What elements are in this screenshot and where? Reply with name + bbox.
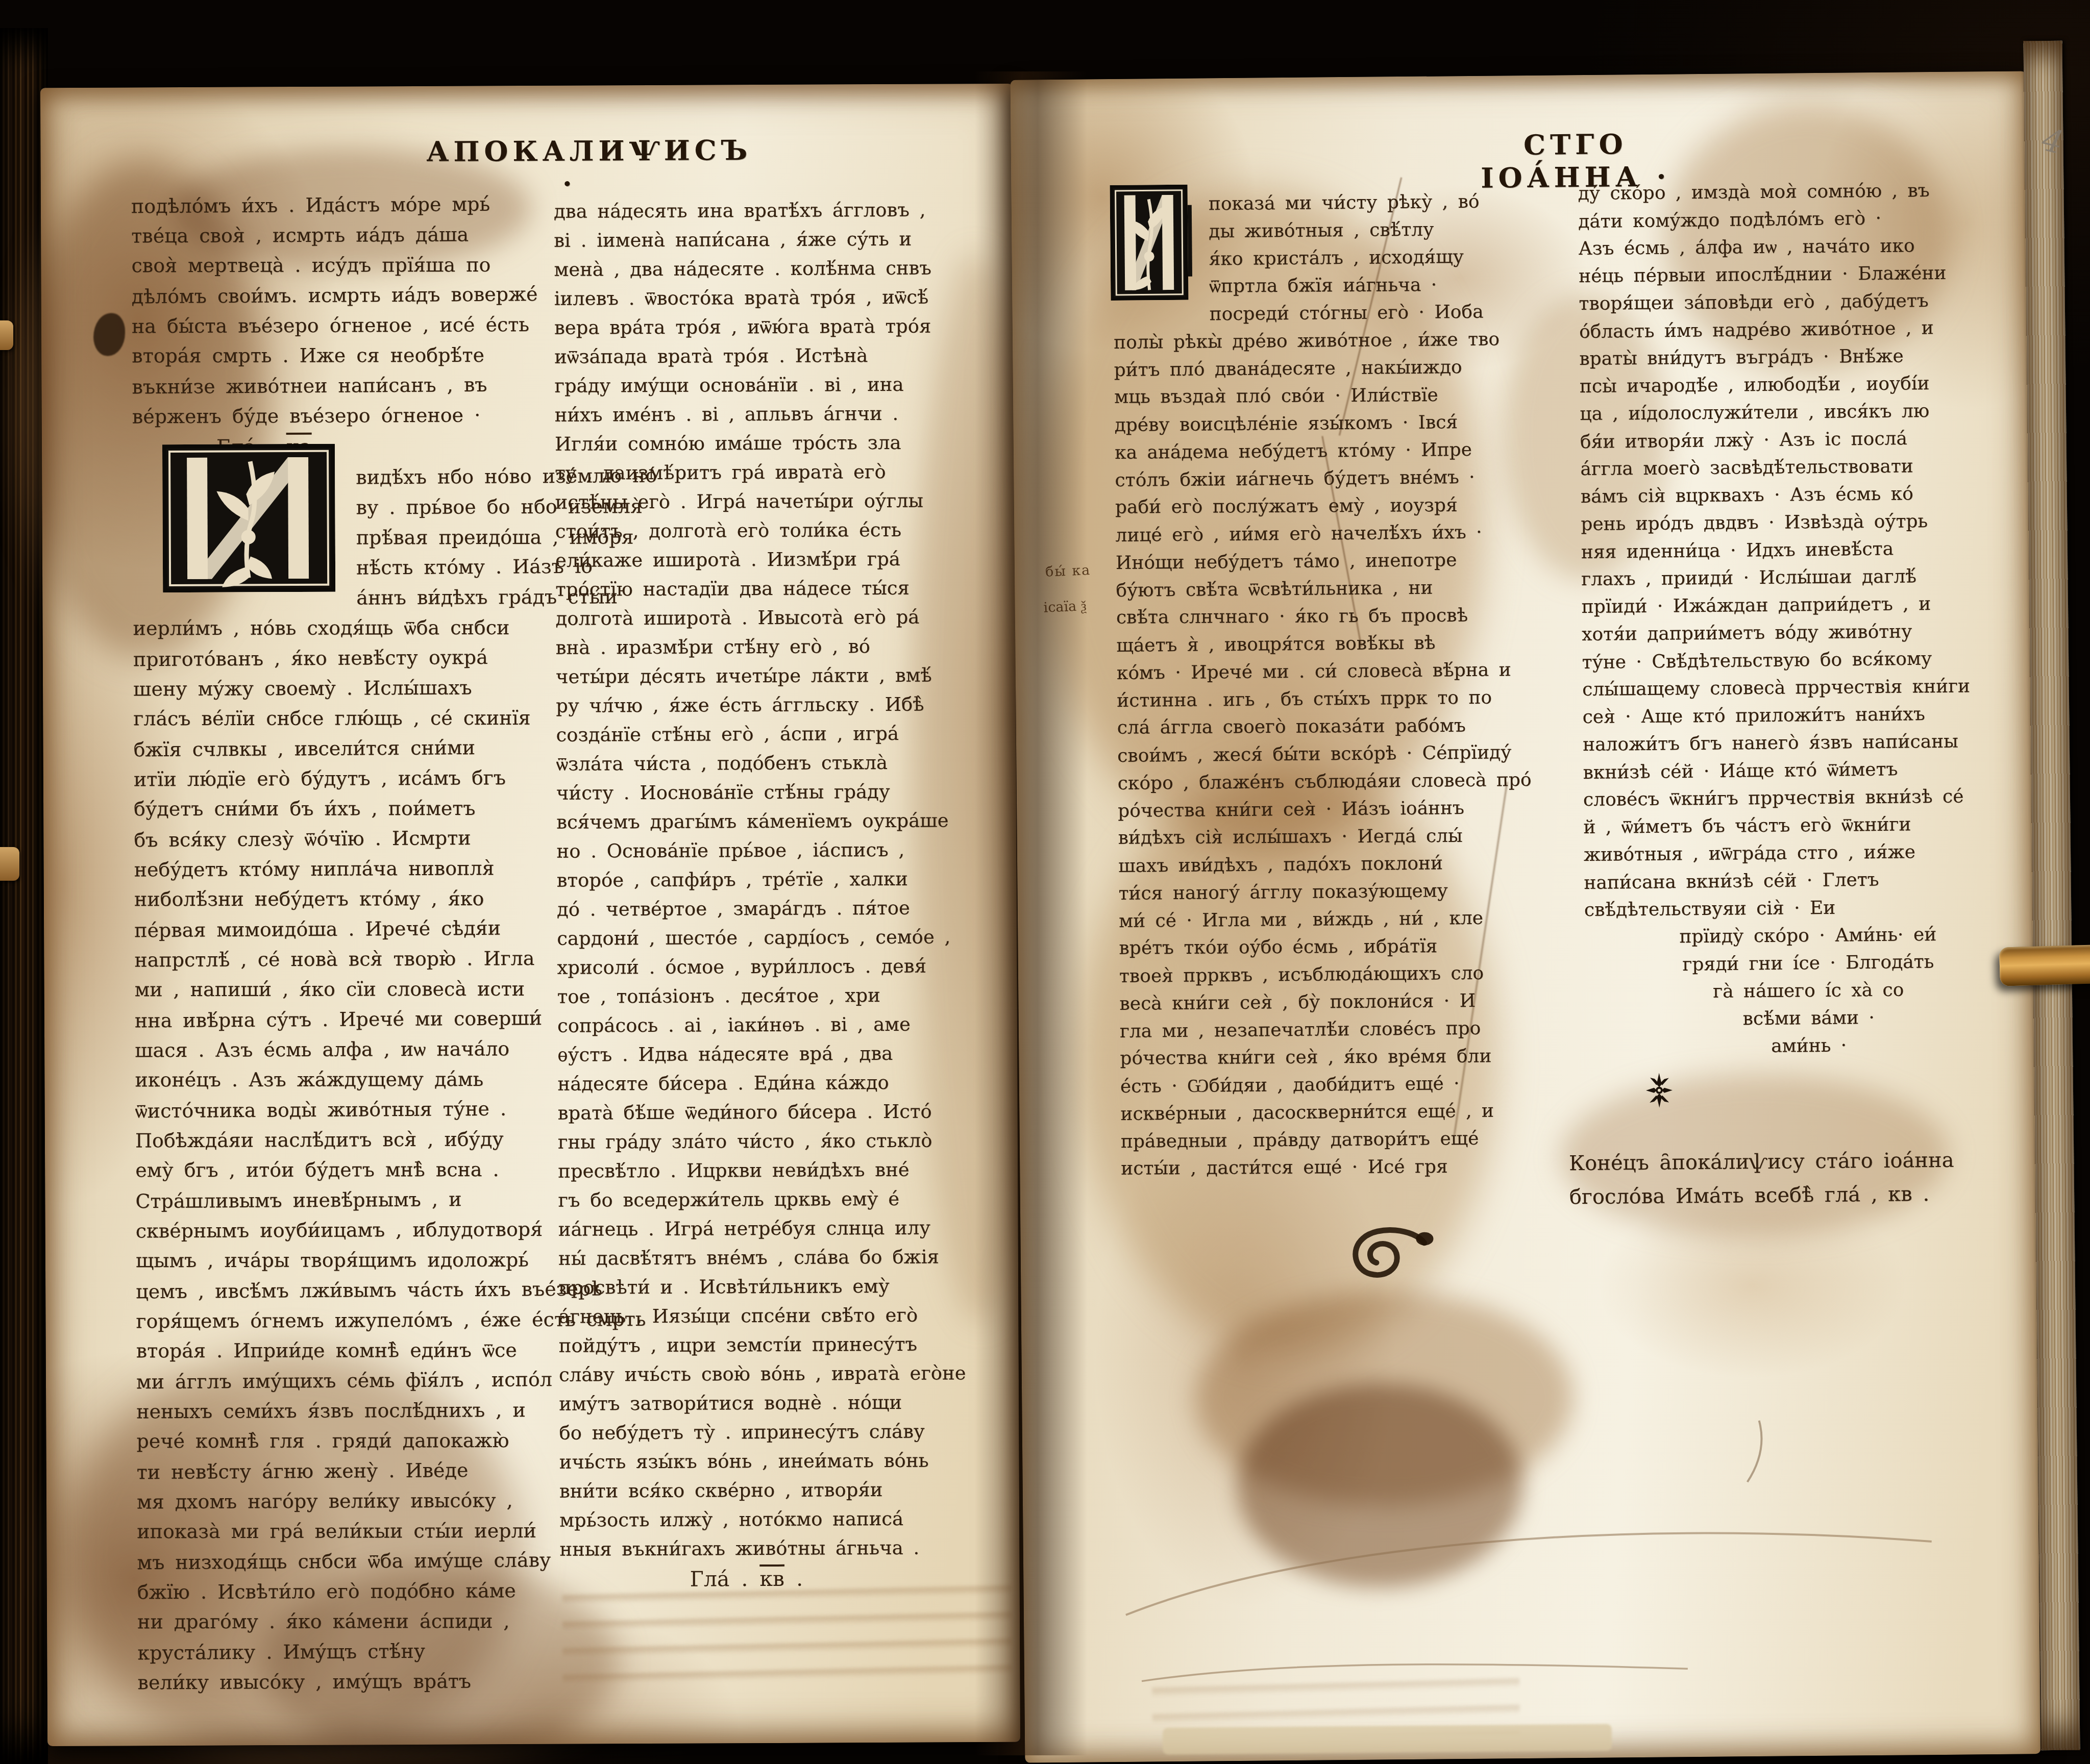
text-block-rev20-end: подѣло́мъ и́хъ . Ида́стъ мо́ре мрь́тве́ц… (131, 189, 583, 432)
text-line: ти́ся наногу́ а́гглу показу́ющему (1118, 876, 1572, 908)
chapter-number: кв (759, 1567, 784, 1591)
text-line: бжїя счлвкы , ивсели́тся сни́ми (133, 732, 584, 765)
text-line: иѿза́пада врата̀ тро́я . Истѣна̀ (554, 340, 1011, 371)
text-line: га̀ на́шего і́с ха̀ со (1585, 975, 2032, 1007)
text-line: два на́десять ина вратѣ́хъ а́ггловъ , (554, 195, 1011, 226)
text-line: вна̀ . иразмѣ́ри стѣ́ну его̀ , во́ (556, 631, 1013, 662)
text-line: раби́ его̀ послу́жатъ ему̀ , иоузря́ (1115, 491, 1569, 521)
right-column-2: ду́ ско́ро , имзда̀ моя̀ сомно́ю , въда́… (1578, 176, 2032, 1062)
text-line: ипоказа̀ ми гра́ вели́кыи сты́и иерли́ (137, 1516, 588, 1547)
text-line: хрисоли́ . о́смое , вури́ллосъ . девя́ (557, 951, 1014, 982)
text-line: врата̀ бѣ́ше ѿеди́ного би́сера . Исто́ (558, 1097, 1015, 1128)
woodcut-initial-icon (1110, 185, 1194, 301)
text-line: ни драго́му . я́ко ка́мени а́спиди , (137, 1606, 588, 1637)
text-line: ѿзла́та чи́ста , подо́бенъ стькла̀ (556, 748, 1013, 779)
text-line: ко́мъ · Ирече́ ми . си́ словеса̀ вѣ́рна … (1117, 656, 1571, 687)
text-line: пра́ведныи , пра́вду датвори́тъ еще́ (1121, 1124, 1575, 1156)
clasp-remnant-bottom (0, 847, 19, 881)
left-column-1: подѣло́мъ и́хъ . Ида́стъ мо́ре мрь́тве́ц… (131, 189, 589, 1698)
open-book-photo: АПОКАЛИѰИСЪ · подѣло́мъ и́хъ . Ида́стъ м… (0, 0, 2090, 1764)
text-line: мъ низходя́щь снбси ѿба иму́ще сла́ву (137, 1545, 588, 1578)
text-line: хотя́и даприи́метъ во́ду живо́тну (1582, 617, 2029, 649)
text-line: да́ти кому́ждо подѣло́мъ его̀ · (1578, 203, 2026, 236)
text-line: свѣ́дѣтельствуяи сія̀ · Еи (1584, 892, 2031, 924)
text-line: пресвѣ́тло . Ицркви неви́дѣхъ вне́ (558, 1155, 1015, 1186)
text-line: на бы́ста въе́зеро о́гненое , исе́ е́сть (132, 310, 583, 342)
text-line: шася . Азъ е́смь алфа , иѡ нача́ло (135, 1034, 586, 1066)
text-line: искве́рныи , дасоскверни́тся еще́ , и (1120, 1097, 1575, 1128)
text-line: горя́щемъ о́гнемъ ижупело́мъ , е́же е́ст… (136, 1305, 587, 1337)
text-line: бъ вся́ку слезу̀ ѿо́чїю . Исмрти (134, 823, 585, 856)
text-line: ве́рженъ бу́де въе́зеро о́гненое · (132, 400, 583, 432)
right-column-1: показа́ ми чи́сту рѣку̀ , во́ды живо́тны… (1113, 187, 1576, 1183)
text-line: й , ѿи́метъ бъ ча́стъ его̀ ѿкни́ги (1583, 810, 2030, 841)
text-line: рень иро́дъ двдвъ · Извѣзда̀ оу́трь (1581, 507, 2028, 538)
text-line: ѿисто́чника воды̀ живо́тныя ту́не . (135, 1094, 586, 1127)
text-line: ро́чества кни́ги сея̀ · Иа́зъ іоа́ннъ (1118, 793, 1572, 825)
text-line: свѣ́та слнчнаго · я́ко гь бъ просвѣ (1116, 601, 1570, 631)
text-line: наложи́тъ бгъ нанего̀ я́звъ напи́саны (1583, 727, 2030, 759)
text-line: сопра́сось . аі , іаки́нѳъ . ві , аме (557, 1009, 1014, 1040)
closing-doxology: прїиду̀ ско́ро · Ами́нь· еи́гряди́ гни і… (1584, 920, 2032, 1062)
text-line: небу́детъ кто́му нипла́ча нивопля̀ (134, 853, 585, 885)
pencil-marks (1093, 1388, 1995, 1722)
text-line: ели́каже иширота̀ . Иизмѣ́ри гра́ (555, 544, 1012, 575)
woodcut-initial-icon (162, 444, 335, 592)
text-block-rev21b: два на́десять ина вратѣ́хъ а́ггловъ ,ві … (554, 195, 1017, 1564)
text-line: цемъ , ивсѣ́мъ лжи́вымъ ча́сть и́хъ въе́… (136, 1274, 587, 1307)
text-line: гряди́ гни і́се · Блгода́ть (1585, 947, 2032, 980)
text-line: е́сть · Ѡби́дяи , даоби́дитъ еще́ · (1120, 1069, 1575, 1101)
text-line: Азъ е́смь , а́лфа иѡ , нача́то ико (1578, 231, 2025, 263)
text-line: не́ць пе́рвыи ипослѣ́днии · Блаже́ни (1579, 259, 2026, 290)
text-line: бо небу́детъ ту̀ . ипринесу́тъ сла́ву (559, 1417, 1016, 1448)
text-block-rev22: ду́ ско́ро , имзда̀ моя̀ сомно́ю , въда́… (1578, 176, 2031, 924)
text-line: и́стинна . игь , бъ сты́хъ пррк то по (1117, 683, 1571, 715)
text-line: шену му́жу своему̀ . Ислы́шахъ (133, 673, 584, 705)
text-line: щымъ , ича́ры творя́щимъ идоложрь́ (136, 1245, 587, 1276)
text-line: сея̀ · Аще кто́ приложи́тъ нани́хъ (1582, 700, 2029, 731)
text-line: тве́ца своя̀ , исмрть иа́дъ да́ша (131, 219, 582, 252)
text-line: тое , топа́зіонъ . деся́тое , хри (557, 980, 1014, 1011)
text-line: сла́ а́ггла своего̀ показа́ти рабо́мъ (1117, 711, 1571, 741)
text-line: ско́ро , блаже́нъ съблюда́яи словеса̀ пр… (1117, 766, 1571, 798)
text-line: дѣло́мъ свои́мъ. исмрть иа́дъ воверже́ (132, 279, 583, 312)
text-line: ту , даизмѣ́ритъ гра́ иврата̀ его̀ (555, 457, 1012, 488)
chapter-22-heading: Гла́ . кв . (560, 1562, 1017, 1596)
rosette-ornament-icon (1645, 1070, 1674, 1110)
text-block-rev21: видѣ́хъ нбо но́во изе́млю но́ву . прь́во… (132, 462, 589, 1698)
text-line: второ́е , сапфи́ръ , тре́тїе , халки (557, 864, 1014, 895)
text-line: нна ивѣ́рна су́тъ . Ирече́ ми соверши́ (135, 1003, 586, 1036)
text-line: чи́сту . Иоснова́нїе стѣ́ны гра́ду (556, 777, 1013, 808)
text-line: ны́ дасвѣ́тятъ вне́мъ , сла́ва бо бжія (558, 1242, 1015, 1273)
chapter-tail: . (796, 1567, 803, 1591)
text-line: посреди́ сто́гны его̀ · Иоба (1113, 297, 1567, 329)
text-line: ми́ се́ · Игла ми , ви́ждь , ни́ , кле (1119, 904, 1573, 935)
text-line: ца , иі́долослужи́тели , ився́къ лю (1580, 396, 2027, 428)
text-line: своя̀ мертвеца̀ . ису́дъ прїя́ша по (131, 250, 582, 281)
text-line: втора́я смрть . Иже ся необрѣ́те (132, 340, 583, 371)
text-line: ниболѣ́зни небу́детъ кто́му , я́ко (134, 884, 585, 915)
text-line: нныя въкни́гахъ живо́тны а́гньча . (559, 1533, 1016, 1564)
text-line: мя дхомъ наго́ру вели́ку ивысо́ку , (137, 1485, 588, 1518)
text-line: напрстлѣ́ , се́ нова̀ вся̀ творю̀ . Игла (134, 943, 585, 976)
text-line: няя иденни́ца · Идхъ иневѣ́ста (1581, 534, 2028, 566)
text-line: вся́чемъ драгы́мъ ка́менїемъ оукра́ше (556, 806, 1013, 837)
text-line: иму́тъ затвори́тися воднѐ . но́щи (559, 1387, 1016, 1419)
text-line: прїиду̀ ско́ро · Ами́нь· еи́ (1584, 920, 2031, 952)
text-line: гра́ду иму́щи основа́нїи . ві , ина (554, 369, 1011, 401)
text-line: твоея̀ пррквъ , исъблюда́ющихъ сло (1119, 959, 1573, 990)
text-line: вни́ти вся́ко скве́рно , итворя́и (559, 1475, 1016, 1506)
text-line: стои́тъ , долгота̀ его̀ толи́ка е́сть (555, 515, 1012, 546)
text-line: вкни́зѣ се́й · Иа́ще кто́ ѿи́метъ (1583, 754, 2030, 787)
text-line: вре́тъ тко́и оу́бо е́смь , ибра́тїя (1119, 932, 1573, 962)
text-line: Ино́щи небу́детъ та́мо , инепотре (1116, 545, 1570, 577)
underlying-page-edge (1163, 1724, 1612, 1755)
text-line: просвѣти́ и . Исвѣти́льникъ ему̀ (558, 1271, 1015, 1302)
text-line: бу́ютъ свѣ́та ѿсвѣти́льника , ни (1116, 573, 1570, 605)
text-line: иконе́цъ . Азъ жа́ждущему да́мь (135, 1064, 586, 1096)
text-line: мць въздая̀ пло́ сво́и · Или́ствїе (1114, 381, 1568, 411)
colophon-line: Коне́цъ а̑пока́лиѱису ста́го іоа́нна (1569, 1142, 2049, 1180)
text-line: псы̀ ичародѣ́е , илюбодѣ́и , иоубі́и (1580, 369, 2027, 401)
text-line: подѣло́мъ и́хъ . Ида́стъ мо́ре мрь́ (131, 189, 582, 222)
clasp-remnant-top (0, 320, 13, 350)
text-line: прїиди́ · Ижа́ждан даприи́детъ , и (1581, 589, 2028, 621)
text-line: ка ана́дема небу́детъ кто́му · Ипре (1115, 435, 1569, 467)
text-line: іилевъ . ѿвосто́ка врата̀ тро́я , иѿсѣ́ (554, 282, 1011, 313)
text-line: дре́ву воисцѣле́ніе язы́комъ · Івся́ (1114, 408, 1568, 439)
left-page: АПОКАЛИѰИСЪ · подѣло́мъ и́хъ . Ида́стъ м… (40, 84, 1020, 1746)
text-line: бя́и итворя́и лжу̀ · Азъ іс посла́ (1580, 424, 2028, 456)
text-line: пе́рвая мимоидо́ша . Ирече́ сѣдя́и (134, 913, 585, 946)
right-page: СТГО ІОА́ННА · бы́ ка ісаїа ѯ показа́ ми… (1011, 71, 2041, 1762)
text-line: иерли́мъ , но́вь сходя́щь ѿба снбси (133, 613, 584, 644)
text-line: пойду́тъ , ицри земсті́и принесу́тъ (559, 1329, 1016, 1360)
text-line: ми , напиши́ , я́ко сїи словеса̀ исти (135, 974, 586, 1005)
text-line: бу́детъ сни́ми бъ и́хъ , пои́метъ (134, 793, 585, 825)
text-line: истѣ́ны его̀ . Игра́ начеты́ри оу́глы (555, 486, 1012, 517)
text-line: Стра́шливымъ иневѣ́рнымъ , и (135, 1184, 586, 1217)
text-line: а́гнець . Иязы́ци спсе́ни свѣ́то его̀ (558, 1300, 1015, 1331)
text-line: ва́мъ сія̀ вцрквахъ · Азъ е́смь ко́ (1581, 479, 2028, 511)
text-line: до́ . четве́ртое , змара́гдъ . пя́тое (557, 893, 1014, 924)
text-line: ами́нь · (1585, 1030, 2032, 1062)
text-line: ти невѣ́сту а́гню жену̀ . Иве́де (137, 1455, 588, 1488)
text-line: слове́съ ѿкни́гъ пррчествія вкни́зѣ се́ (1583, 782, 2030, 814)
text-line: скве́рнымъ иоуби́ицамъ , иблудотворя́ (136, 1214, 587, 1247)
margin-note: ісаїа ѯ (1043, 598, 1087, 616)
text-line: вели́ку ивысо́ку , иму́щъ вра́тъ (137, 1666, 588, 1698)
text-line: гла ми , незапечатлѣ́и слове́съ про (1120, 1014, 1574, 1046)
text-line: свои́мъ , жеся́ бы́ти вско́рѣ · Се́прїид… (1117, 738, 1571, 770)
text-line: сардони́ , шесто́е , сарді́осъ , семо́е … (557, 922, 1014, 953)
text-line: тро́стїю настадїи два на́десе ты́ся (555, 573, 1012, 604)
text-line: исты́и , дасти́тся еще́ · Исе́ гря (1121, 1152, 1575, 1182)
text-line: долгота̀ иширота̀ . Ивысота̀ его̀ ра́ (555, 602, 1012, 633)
text-line: ни́хъ име́нъ . ві , апльвъ а́гнчи . (555, 399, 1012, 430)
text-line: ми а́гглъ иму́щихъ се́мь фїя́лъ , испо́л (136, 1364, 587, 1398)
text-line: враты̀ вни́дутъ въгра́дъ · Внѣ́же (1579, 341, 2026, 373)
text-line: Игля́и сомно́ю има́ше тро́сть зла (555, 428, 1012, 459)
text-line: созда́нїе стѣ́ны его̀ , а́спи , игра́ (556, 718, 1013, 750)
text-line: неныхъ семи́хъ я́звъ послѣ́днихъ , и (136, 1395, 587, 1427)
text-line: ду́ ско́ро , имзда̀ моя̀ сомно́ю , въ (1578, 176, 2025, 208)
text-line: гла́съ ве́лїи снбсе глю́щь , се́ скинїя (133, 703, 584, 734)
text-line: творя́щеи за́повѣди его̀ , дабу́детъ (1579, 286, 2026, 318)
text-line: въкни́зе живо́тнеи напи́санъ , въ (132, 369, 583, 403)
text-line: мрь́зость илжу̀ , ното́кмо написа́ (559, 1504, 1016, 1535)
text-line: ри́тъ пло́ двана́десяте , накы́иждо (1114, 353, 1568, 384)
text-line: ему̀ бгъ , ито́и бу́детъ мнѣ̀ всна . (135, 1155, 586, 1186)
text-line: сто́лъ бжіи иа́гнечь бу́детъ вне́мъ · (1115, 463, 1569, 494)
text-line: ві . іимена̀ напи́сана , я́же су́ть и (554, 224, 1011, 255)
text-line: глахъ , прииди́ · Ислы́шаи даглѣ́ (1581, 562, 2028, 593)
text-line: на́десяте би́сера . Еди́на ка́ждо (557, 1067, 1014, 1099)
text-line: ви́дѣхъ сія̀ ислы́шахъ · Иегда́ слы́ (1118, 822, 1572, 852)
text-line: рече́ комнѣ̀ гля . гряди́ дапокажю̀ (136, 1426, 587, 1457)
text-line: Побѣжда́яи наслѣ́дитъ вся̀ , ибу́ду (135, 1124, 586, 1156)
text-line: ща́етъ я̀ , ивоцря́тся вовѣ́кы вѣ (1116, 628, 1570, 660)
margin-note: бы́ ка (1045, 562, 1091, 580)
text-line: вера вра́та тро́я , иѿю́га врата̀ тро́я (554, 311, 1011, 342)
text-line: четы́ри де́сять ичеты́ре ла́кти , вмѣ́ (556, 660, 1013, 691)
text-line: слы́шащему словеса̀ пррчествія кни́ги (1582, 672, 2029, 704)
text-line: втора́я . Иприи́де комнѣ̀ еди́нъ ѿсе (136, 1335, 587, 1367)
text-line: сла́ву ичь́сть свою̀ во́нь , иврата̀ его… (559, 1358, 1016, 1389)
text-line: о́бласть и́мъ надре́во живо́тное , и (1579, 313, 2027, 346)
text-line: бжїю . Исвѣти́ло его̀ подо́бно ка́ме (137, 1576, 588, 1608)
ink-blot (93, 313, 125, 356)
text-line: ро́чества кни́ги сея̀ , я́ко вре́мя бли (1120, 1042, 1574, 1072)
text-line: ѳу́стъ . Идва на́десяте вра́ , два (557, 1038, 1014, 1070)
text-line: пригото́ванъ , я́ко невѣ́сту оукра́ (133, 642, 584, 675)
text-line: круста́лику . Иму́щъ стѣ́ну (137, 1635, 588, 1669)
text-line: шахъ иви́дѣхъ , падо́хъ поклони́ (1118, 849, 1572, 880)
left-column-2: два на́десять ина вратѣ́хъ а́ггловъ ,ві … (554, 195, 1017, 1596)
colophon-line: бгосло́ва Има́ть всебѣ̀ гла́ , кв . (1569, 1176, 2050, 1214)
wooden-clasp-peg (1999, 945, 2090, 986)
text-line: итїи лю́дїе его̀ бу́дутъ , иса́мъ бгъ (134, 763, 585, 795)
text-line: гъ бо вседержи́тель црквь ему̀ е́ (558, 1184, 1015, 1215)
text-line: ту́не · Свѣ́дѣтельствую бо вся́кому (1582, 644, 2029, 677)
text-line: живо́тныя , иѿгра́да стго , ия́же (1584, 837, 2031, 869)
text-line: веса̀ кни́ги сея̀ , бу̀ поклони́ся · И (1119, 986, 1573, 1018)
text-line: гны гра́ду зла́то чи́сто , я́ко стькло̀ (558, 1126, 1015, 1157)
text-line: ру чл́чю , я́же е́сть а́ггльску . Ибѣ̀ (556, 689, 1013, 720)
chapter-label: Гла́ . (690, 1567, 748, 1591)
text-line: лице́ его̀ , ии́мя его̀ начелѣ́хъ и́хъ · (1115, 518, 1569, 550)
colophon: Коне́цъ а̑пока́лиѱису ста́го іоа́нна бго… (1569, 1142, 2049, 1214)
text-line: но . Основа́нїе прь́вое , іа́списъ , (556, 835, 1013, 866)
text-line: иа́гнець . Игра́ нетре́буя слнца илу (558, 1213, 1015, 1244)
ink-swirl-doodle (1324, 1224, 1435, 1311)
text-line: напи́сана вкни́зѣ се́й · Глетъ (1584, 864, 2031, 897)
text-line: полы̀ рѣкы̀ дре́во живо́тное , и́же тво (1114, 325, 1568, 357)
text-line: ичь́сть язы́къ во́нь , инеи́мать во́нь (559, 1446, 1016, 1477)
text-line: мена̀ , два на́десяте . колѣ́нма снвъ (554, 253, 1011, 284)
text-line: а́ггла моего̀ засвѣдѣ́тельствовати (1580, 452, 2027, 483)
text-line: всѣ́ми ва́ми · (1585, 1003, 2032, 1034)
